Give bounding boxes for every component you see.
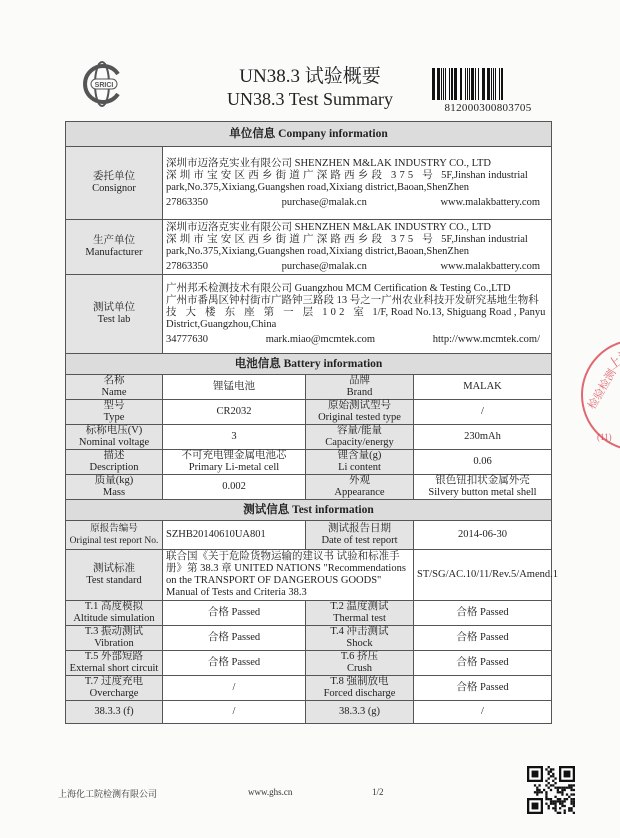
test-result: 合格 Passed [163, 651, 306, 676]
title-cn: UN38.3 试验概要 [200, 66, 420, 88]
barcode-number: 812000300803705 [432, 102, 544, 114]
svg-text:上海化: 上海化 [605, 338, 620, 373]
test-label-en: Crush [309, 663, 410, 675]
battery-label-en: Appearance [309, 487, 410, 499]
test-label-cn: T.2 温度测试 [309, 601, 410, 613]
standard-label-en: Test standard [69, 575, 159, 587]
consignor-phone: 27863350 [166, 197, 208, 209]
battery-value: 3 [166, 431, 302, 443]
consignor-address-en-a: 5F,Jinshan industrial [441, 170, 528, 181]
battery-label-cn: 锂含量(g) [309, 450, 410, 462]
battery-label-en: Nominal voltage [69, 437, 159, 449]
test-label-cn: 38.3.3 (g) [309, 706, 410, 718]
battery-row: 名称Name锂锰电池品牌BrandMALAK [66, 375, 552, 400]
test-result-row: 38.3.3 (f)/38.3.3 (g)/ [66, 701, 552, 724]
consignor-address-cn: 深圳市宝安区西乡街道广深路西乡段 375 号 [166, 170, 436, 181]
battery-label-en: Type [69, 412, 159, 424]
footer-website[interactable]: www.ghs.cn [248, 787, 292, 797]
standard-row: 测试标准 Test standard 联合国《关于危险货物运输的建议书 试验和标… [66, 550, 552, 601]
standard-label-cn: 测试标准 [69, 563, 159, 575]
test-label-cn: T.8 强制放电 [309, 676, 410, 688]
test-result-row: T.5 外部短路External short circuit合格 PassedT… [66, 651, 552, 676]
document-title: UN38.3 试验概要 UN38.3 Test Summary [200, 66, 420, 110]
battery-row: 质量(kg)Mass0.002外观Appearance银色钮扣状金属外壳Silv… [66, 475, 552, 500]
test-results: T.1 高度模拟Altitude simulation合格 PassedT.2 … [66, 601, 552, 724]
battery-label-cn: 原始测试型号 [309, 400, 410, 412]
manufacturer-name: 深圳市迈洛克实业有限公司 SHENZHEN M&LAK INDUSTRY CO.… [166, 222, 548, 234]
report-date-label-en: Date of test report [309, 535, 410, 547]
test-result: / [163, 676, 306, 701]
report-no: SZHB20140610UA801 [163, 521, 306, 550]
test-result-row: T.1 高度模拟Altitude simulation合格 PassedT.2 … [66, 601, 552, 626]
battery-label-cn: 名称 [69, 375, 159, 387]
battery-rows: 名称Name锂锰电池品牌BrandMALAK型号TypeCR2032原始测试型号… [66, 375, 552, 500]
report-row: 原报告编号 Original test report No. SZHB20140… [66, 521, 552, 550]
test-label-en: External short circuit [69, 663, 159, 675]
summary-table: 单位信息 Company information 委托单位 Consignor … [65, 121, 552, 724]
battery-section-title: 电池信息 Battery information [66, 354, 552, 375]
consignor-label-cn: 委托单位 [69, 171, 159, 183]
test-lab-address-cn-2: 技 大 楼 东 座 第 一 层 102 室 [166, 307, 367, 318]
test-lab-label-cn: 测试单位 [69, 302, 159, 314]
company-section-title: 单位信息 Company information [66, 122, 552, 147]
srici-logo: SRICI [78, 60, 126, 108]
consignor-address-en-b: park,No.375,Xixiang,Guangshen road,Xixia… [166, 182, 548, 194]
test-lab-address-en-b: District,Guangzhou,China [166, 319, 548, 331]
test-lab-name: 广州邦禾检测技术有限公司 Guangzhou MCM Certification… [166, 283, 548, 295]
battery-label-en: Brand [309, 387, 410, 399]
test-label-en: Overcharge [69, 688, 159, 700]
test-result: / [414, 701, 552, 724]
battery-value-en: Silvery button metal shell [417, 487, 548, 499]
consignor-email[interactable]: purchase@malak.cn [282, 197, 367, 209]
battery-label-cn: 容量/能量 [309, 425, 410, 437]
battery-value: 230mAh [417, 431, 548, 443]
page-number: 1/2 [372, 787, 384, 797]
title-en: UN38.3 Test Summary [200, 88, 420, 110]
standard-ref: ST/SG/AC.10/11/Rev.5/Amend.1 [414, 550, 552, 601]
qr-code-icon [527, 766, 575, 814]
test-result: 合格 Passed [163, 626, 306, 651]
test-label-cn: T.7 过度充电 [69, 676, 159, 688]
logo-text: SRICI [95, 82, 114, 89]
test-lab-website[interactable]: http://www.mcmtek.com/ [433, 334, 540, 346]
manufacturer-address-en-b: park,No.375,Xixiang,Guangshen road,Xixia… [166, 246, 548, 258]
official-stamp-icon: 上海化 检验检测 (11) [572, 330, 620, 460]
battery-label-cn: 标称电压(V) [69, 425, 159, 437]
standard-text: 联合国《关于危险货物运输的建议书 试验和标准手册》第 38.3 章 UNITED… [163, 550, 414, 601]
manufacturer-website[interactable]: www.malakbattery.com [440, 261, 540, 273]
battery-label-en: Mass [69, 487, 159, 499]
battery-label-en: Name [69, 387, 159, 399]
test-lab-phone: 34777630 [166, 334, 208, 346]
battery-value: 0.06 [417, 456, 548, 468]
svg-text:检验检测: 检验检测 [584, 366, 618, 411]
test-label-cn: 38.3.3 (f) [69, 706, 159, 718]
manufacturer-row: 生产单位 Manufacturer 深圳市迈洛克实业有限公司 SHENZHEN … [66, 220, 552, 275]
battery-value: MALAK [417, 381, 548, 393]
test-label-cn: T.1 高度模拟 [69, 601, 159, 613]
battery-value: 0.002 [166, 481, 302, 493]
manufacturer-label-cn: 生产单位 [69, 235, 159, 247]
svg-text:(11): (11) [597, 432, 612, 442]
report-date-label-cn: 测试报告日期 [309, 523, 410, 535]
footer-organization: 上海化工院检测有限公司 [58, 787, 157, 800]
battery-row: 标称电压(V)Nominal voltage3容量/能量Capacity/ene… [66, 425, 552, 450]
battery-label-cn: 型号 [69, 400, 159, 412]
consignor-row: 委托单位 Consignor 深圳市迈洛克实业有限公司 SHENZHEN M&L… [66, 147, 552, 220]
battery-row: 描述Description不可充电锂金属电池芯Primary Li-metal … [66, 450, 552, 475]
battery-label-en: Li content [309, 462, 410, 474]
test-lab-address-en-a: 1/F, Road No.13, Shiguang Road , Panyu [372, 307, 545, 318]
test-result: 合格 Passed [414, 676, 552, 701]
test-result: 合格 Passed [414, 626, 552, 651]
consignor-name: 深圳市迈洛克实业有限公司 SHENZHEN M&LAK INDUSTRY CO.… [166, 158, 548, 170]
report-no-label-cn: 原报告编号 [69, 523, 159, 535]
test-result: 合格 Passed [414, 651, 552, 676]
battery-value-en: Primary Li-metal cell [166, 462, 302, 474]
battery-value: CR2032 [166, 406, 302, 418]
test-result-row: T.7 过度充电Overcharge/T.8 强制放电Forced discha… [66, 676, 552, 701]
consignor-website[interactable]: www.malakbattery.com [440, 197, 540, 209]
manufacturer-address-en-a: 5F,Jinshan industrial [441, 234, 528, 245]
battery-row: 型号TypeCR2032原始测试型号Original tested type/ [66, 400, 552, 425]
test-section-title: 测试信息 Test information [66, 500, 552, 521]
test-label-en: Vibration [69, 638, 159, 650]
test-lab-row: 测试单位 Test lab 广州邦禾检测技术有限公司 Guangzhou MCM… [66, 275, 552, 354]
report-no-label-en: Original test report No. [69, 535, 159, 547]
test-label-cn: T.5 外部短路 [69, 651, 159, 663]
test-lab-email[interactable]: mark.miao@mcmtek.com [266, 334, 375, 346]
test-result: 合格 Passed [163, 601, 306, 626]
test-result: 合格 Passed [414, 601, 552, 626]
manufacturer-label-en: Manufacturer [69, 247, 159, 259]
test-label-cn: T.4 冲击测试 [309, 626, 410, 638]
manufacturer-phone: 27863350 [166, 261, 208, 273]
test-result-row: T.3 振动测试Vibration合格 PassedT.4 冲击测试Shock合… [66, 626, 552, 651]
battery-label-en: Original tested type [309, 412, 410, 424]
battery-label-cn: 描述 [69, 450, 159, 462]
battery-label-en: Capacity/energy [309, 437, 410, 449]
test-label-en: Altitude simulation [69, 613, 159, 625]
manufacturer-email[interactable]: purchase@malak.cn [282, 261, 367, 273]
battery-value: 不可充电锂金属电池芯 [166, 450, 302, 462]
report-date: 2014-06-30 [414, 521, 552, 550]
test-lab-label-en: Test lab [69, 314, 159, 326]
barcode-icon [432, 68, 542, 100]
battery-label-cn: 外观 [309, 475, 410, 487]
battery-label-cn: 质量(kg) [69, 475, 159, 487]
consignor-label-en: Consignor [69, 183, 159, 195]
test-label-cn: T.3 振动测试 [69, 626, 159, 638]
test-lab-address-cn-1: 广州市番禺区钟村街市广路钟三路段 13 号之一广州农业科技开发研究基地生物科 [166, 295, 548, 307]
test-label-en: Forced discharge [309, 688, 410, 700]
test-label-en: Shock [309, 638, 410, 650]
test-label-en: Thermal test [309, 613, 410, 625]
battery-value: / [417, 406, 548, 418]
battery-label-cn: 品牌 [309, 375, 410, 387]
battery-value: 银色钮扣状金属外壳 [417, 475, 548, 487]
battery-label-en: Description [69, 462, 159, 474]
manufacturer-address-cn: 深圳市宝安区西乡街道广深路西乡段 375 号 [166, 234, 436, 245]
test-label-cn: T.6 挤压 [309, 651, 410, 663]
test-result: / [163, 701, 306, 724]
battery-value: 锂锰电池 [166, 381, 302, 393]
